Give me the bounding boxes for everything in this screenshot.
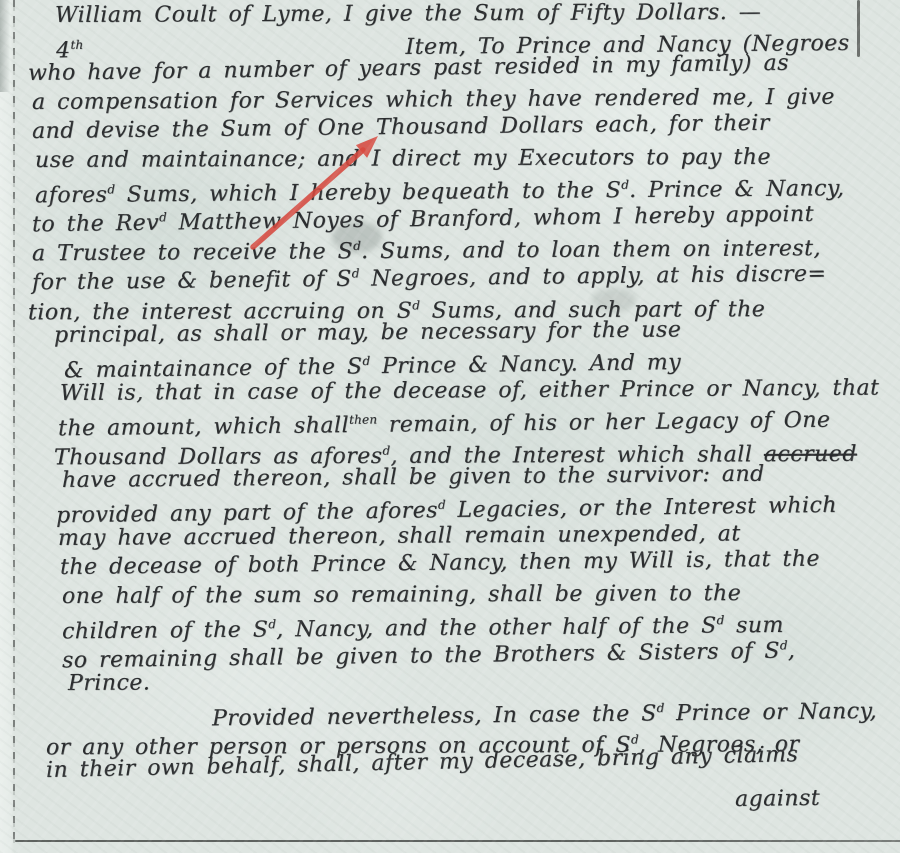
superscript-text: then <box>349 412 377 426</box>
manuscript-line: William Coult of Lyme, I give the Sum of… <box>55 0 761 29</box>
text-segment: Prince or Nancy, <box>664 699 877 726</box>
superscript-text: d <box>657 701 665 715</box>
text-segment: the decease of both Prince & Nancy, then… <box>60 547 820 580</box>
superscript-text: d <box>717 613 725 627</box>
text-segment: Prince & Nancy. And my <box>370 350 681 379</box>
scanned-manuscript-page: William Coult of Lyme, I give the Sum of… <box>0 0 900 853</box>
superscript-text: d <box>159 210 167 224</box>
text-segment: principal, as shall or may, be necessary… <box>54 317 682 348</box>
text-segment: , <box>788 638 796 663</box>
manuscript-line: one half of the sum so remaining, shall … <box>62 581 741 610</box>
superscript-text: d <box>631 732 639 746</box>
manuscript-line: use and maintainance; and I direct my Ex… <box>35 145 771 174</box>
text-segment: one half of the sum so remaining, shall … <box>62 581 741 609</box>
manuscript-line: the decease of both Prince & Nancy, then… <box>60 547 820 581</box>
text-segment: use and maintainance; and I direct my Ex… <box>35 145 771 173</box>
superscript-text: th <box>70 38 83 52</box>
manuscript-line: against <box>735 786 820 813</box>
text-segment: for the use & benefit of S <box>32 267 352 296</box>
text-segment: against <box>735 786 820 812</box>
superscript-text: d <box>780 638 788 652</box>
text-segment: Legacies, or the Interest which <box>446 493 837 523</box>
superscript-text: d <box>353 239 361 253</box>
text-segment: Negroes, and to apply, at his discre= <box>359 261 826 291</box>
manuscript-text: William Coult of Lyme, I give the Sum of… <box>0 0 900 853</box>
superscript-text: d <box>352 266 360 280</box>
manuscript-line: and devise the Sum of One Thousand Dolla… <box>32 111 770 145</box>
text-segment: may have accrued thereon, shall remain u… <box>58 521 741 551</box>
text-segment: Prince. <box>68 670 151 696</box>
text-segment: so remaining shall be given to the Broth… <box>62 639 780 674</box>
superscript-text: d <box>412 298 420 312</box>
manuscript-line: Prince. <box>68 670 151 697</box>
text-segment: remain, of his or her Legacy of One <box>377 408 830 438</box>
struck-out-word: accrued <box>764 442 857 467</box>
manuscript-line: may have accrued thereon, shall remain u… <box>58 521 741 552</box>
superscript-text: d <box>438 498 446 512</box>
text-segment: William Coult of Lyme, I give the Sum of… <box>55 0 761 28</box>
text-segment: and devise the Sum of One Thousand Dolla… <box>32 111 770 144</box>
